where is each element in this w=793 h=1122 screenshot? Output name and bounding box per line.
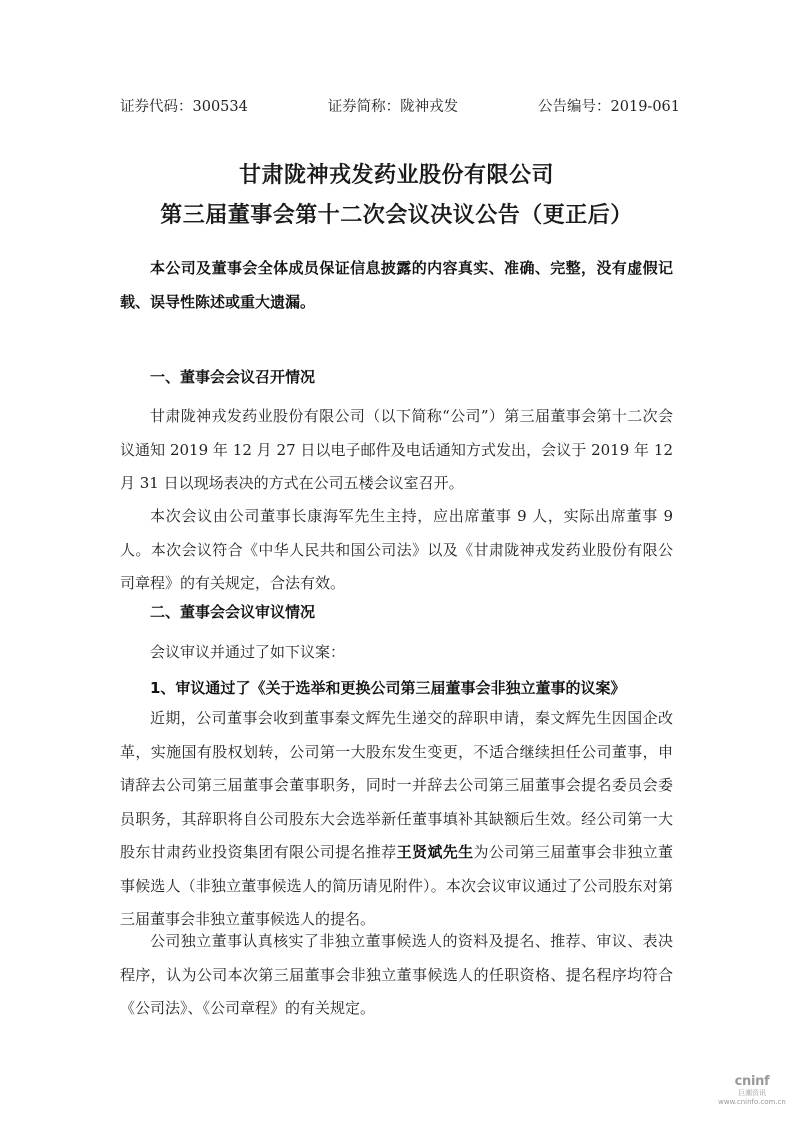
motion-1-paragraph-1: 近期，公司董事会收到董事秦文辉先生递交的辞职申请，秦文辉先生因国企改革，实施国有… — [120, 702, 673, 937]
section-1-paragraph-1: 甘肃陇神戎发药业股份有限公司（以下简称“公司”）第三届董事会第十二次会议通知 2… — [120, 400, 673, 501]
cninfo-logo: cninf — [712, 1074, 792, 1089]
stock-abbreviation: 证券简称：陇神戎发 — [328, 95, 459, 119]
section-2-heading: 二、董事会会议审议情况 — [150, 601, 315, 622]
announcement-title: 第三届董事会第十二次会议决议公告（更正后） — [0, 198, 793, 229]
document-header: 证券代码：300534 证券简称：陇神戎发 公告编号：2019-061 — [120, 95, 680, 119]
motion-1-heading: 1、审议通过了《关于选举和更换公司第三届董事会非独立董事的议案》 — [150, 677, 625, 698]
document-page: 证券代码：300534 证券简称：陇神戎发 公告编号：2019-061 甘肃陇神… — [0, 0, 793, 1122]
section-1-paragraph-2: 本次会议由公司董事长康海军先生主持，应出席董事 9 人，实际出席董事 9 人。本… — [120, 500, 673, 601]
motion-1-paragraph-2: 公司独立董事认真核实了非独立董事候选人的资料及提名、推荐、审议、表决程序，认为公… — [120, 925, 673, 1026]
company-title: 甘肃陇神戎发药业股份有限公司 — [0, 158, 793, 189]
section-1-heading: 一、董事会会议召开情况 — [150, 366, 315, 387]
stock-code: 证券代码：300534 — [120, 95, 248, 119]
cninfo-url: www.cninfo.com.cn — [712, 1098, 792, 1106]
notice-number: 公告编号：2019-061 — [538, 95, 680, 119]
candidate-name: 王贤斌先生 — [397, 843, 474, 861]
cninfo-watermark: cninf 巨潮资讯 www.cninfo.com.cn — [712, 1074, 792, 1106]
cninfo-cn-name: 巨潮资讯 — [712, 1088, 792, 1098]
disclaimer: 本公司及董事会全体成员保证信息披露的内容真实、准确、完整，没有虚假记载、误导性陈… — [120, 252, 673, 319]
section-2-intro: 会议审议并通过了如下议案： — [120, 636, 673, 670]
motion-1-text-before: 近期，公司董事会收到董事秦文辉先生递交的辞职申请，秦文辉先生因国企改革，实施国有… — [120, 709, 673, 861]
